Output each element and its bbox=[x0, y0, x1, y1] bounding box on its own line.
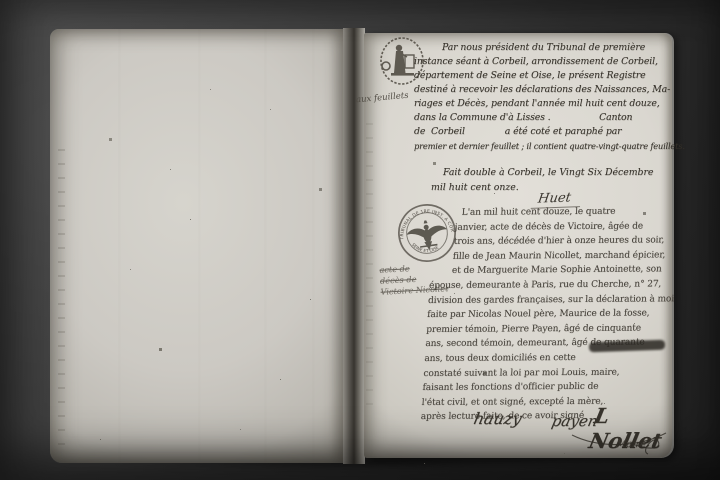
book-gutter bbox=[343, 28, 365, 464]
header-text-line: premier et dernier feuillet ; il contien… bbox=[414, 139, 685, 153]
act-text-line: trois ans, décédée d'hier à onze heures … bbox=[453, 233, 678, 249]
closing-text-line: Fait double à Corbeil, le Vingt Six Déce… bbox=[443, 165, 653, 180]
signature-title-maire: Maire bbox=[615, 439, 647, 450]
header-text-line: Par nous président du Tribunal de premiè… bbox=[442, 41, 685, 55]
act-text-line: faite par Nicolas Nouel père, Maurice de… bbox=[427, 306, 674, 322]
death-act-paragraph: L'an mil huit cent douze, le quatrejanvi… bbox=[418, 204, 680, 425]
act-text-line: L'an mil huit cent douze, le quatre bbox=[461, 204, 680, 220]
margin-marks bbox=[58, 149, 65, 449]
header-text-line: de Corbeil a été coté et paraphé par bbox=[414, 125, 685, 139]
closing-statement: Fait double à Corbeil, le Vingt Six Déce… bbox=[431, 165, 653, 195]
header-text-line: destiné à recevoir les déclarations des … bbox=[414, 83, 685, 97]
scanned-register-photo: Par nous président du Tribunal de premiè… bbox=[0, 0, 720, 480]
act-text-line: fille de Jean Maurin Nicollet, marchand … bbox=[452, 248, 677, 264]
header-text-line: riages et Décès, pendant l'année mil hui… bbox=[414, 97, 685, 111]
paper-streaks bbox=[50, 29, 346, 463]
register-header-paragraph: Par nous président du Tribunal de premiè… bbox=[414, 41, 685, 153]
act-text-line: et de Marguerite Marie Sophie Antoinette… bbox=[451, 263, 676, 279]
signature-hauzy: hauzy bbox=[472, 409, 524, 428]
left-page-blank bbox=[50, 29, 346, 463]
header-text-line: département de Seine et Oise, le présent… bbox=[414, 69, 685, 83]
act-text-line: janvier, acte de décès de Victoire, âgée… bbox=[454, 219, 679, 235]
header-text-line: instance séant à Corbeil, arrondissement… bbox=[414, 55, 685, 69]
margin-note-feuillets: aux feuillets bbox=[356, 91, 409, 106]
header-text-line: dans la Commune d'à Lisses . Canton bbox=[414, 111, 685, 125]
act-text-line: épouse, demeurante à Paris, rue du Cherc… bbox=[428, 277, 675, 293]
paper-specks bbox=[70, 49, 71, 50]
right-page-manuscript: Par nous président du Tribunal de premiè… bbox=[364, 33, 672, 458]
bleed-through-marks bbox=[366, 123, 373, 413]
